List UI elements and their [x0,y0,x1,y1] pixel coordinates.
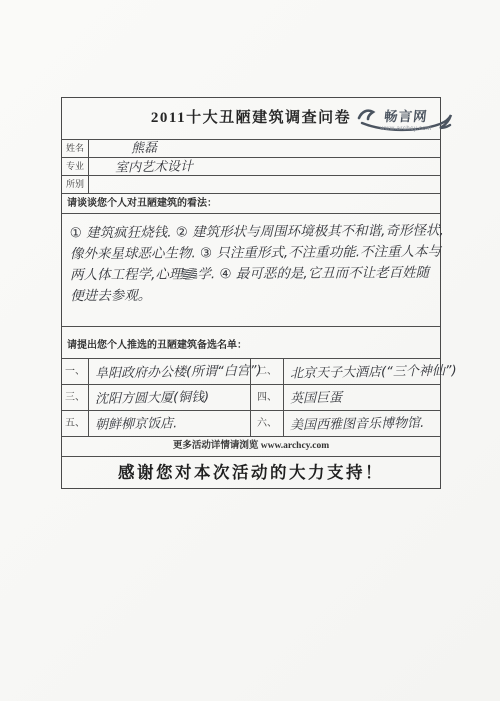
nomination-1-cell: 阜阳政府办公楼(所谓“白宫”) [89,359,251,384]
answer-line-2: 像外来星球恶心生物. ③ 只注重形式,不注重功能.不注重人本与 [70,242,436,266]
nomination-3-number: 三、 [62,385,89,410]
opinion-prompt: 请谈谈您个人对丑陋建筑的看法： [62,193,440,213]
nomination-2-text: 北京天子大酒店(“三个神仙”) [290,360,457,382]
nomination-6-cell: 美国西雅图音乐博物馆. [284,411,440,436]
answer-line-3: 两人体工程学,心理学. ④ 最可恶的是,它丑而不让老百姓随 [70,263,436,287]
title-row: 2011十大丑陋建筑调查问卷 畅言网 www.archcy.com [62,98,440,139]
nomination-5-cell: 朝鲜柳京饭店. [89,411,251,436]
answer-line-3-pre: 两人体工程学,心理 [70,266,182,283]
crossed-out-character [182,268,198,280]
nomination-row-2: 三、 沈阳方圆大厦(铜钱) 四、 英国巨蛋 [62,384,440,410]
logo-url: www.archcy.com [370,126,442,132]
nomination-4-cell: 英国巨蛋 [284,385,440,410]
nomination-5-number: 五、 [62,411,89,436]
name-label: 姓名 [62,140,89,157]
answer-line-3-post: 学. ④ 最可恶的是,它丑而不让老百姓随 [197,265,429,283]
nomination-4-text: 英国巨蛋 [290,387,342,407]
nomination-4-number: 四、 [251,385,284,410]
footer-note: 更多活动详情请浏览 www.archcy.com [62,436,440,456]
nomination-1-text: 阜阳政府办公楼(所谓“白宫”) [95,360,262,382]
nomination-2-cell: 北京天子大酒店(“三个神仙”) [284,359,440,384]
field-row-major: 专业 室内艺术设计 [62,157,440,175]
major-label: 专业 [62,158,89,175]
nomination-5-text: 朝鲜柳京饭店. [95,412,177,432]
logo-text: 畅言网 [375,105,437,125]
scanned-questionnaire-page: 2011十大丑陋建筑调查问卷 畅言网 www.archcy.com 姓名 熊磊 … [0,0,500,701]
nomination-row-1: 一、 阜阳政府办公楼(所谓“白宫”) 二、 北京天子大酒店(“三个神仙”) [62,358,440,384]
questionnaire-form: 2011十大丑陋建筑调查问卷 畅言网 www.archcy.com 姓名 熊磊 … [61,97,441,489]
department-label: 所别 [62,176,89,193]
opinion-handwritten-answer: ① 建筑疯狂烧钱. ② 建筑形状与周围环境极其不和谐,奇形怪状, 像外来星球恶心… [70,221,437,308]
opinion-answer-area: ① 建筑疯狂烧钱. ② 建筑形状与周围环境极其不和谐,奇形怪状, 像外来星球恶心… [62,213,440,326]
name-field: 熊磊 [89,140,440,157]
nomination-row-3: 五、 朝鲜柳京饭店. 六、 美国西雅图音乐博物馆. [62,410,440,436]
name-handwritten-value: 熊磊 [131,137,158,157]
field-row-name: 姓名 熊磊 [62,139,440,157]
thanks-banner: 感谢您对本次活动的大力支持！ [62,456,440,488]
nomination-6-text: 美国西雅图音乐博物馆. [290,412,424,433]
answer-line-1: ① 建筑疯狂烧钱. ② 建筑形状与周围环境极其不和谐,奇形怪状, [70,221,436,245]
major-field: 室内艺术设计 [89,158,440,175]
department-field [89,176,440,193]
answer-line-4: 便进去参观。 [70,284,436,308]
changyan-logo: 畅言网 www.archcy.com [356,102,454,138]
field-row-department: 所别 [62,175,440,193]
major-handwritten-value: 室内艺术设计 [115,155,193,175]
nominations-prompt: 请提出您个人推选的丑陋建筑备选名单： [62,326,440,358]
nomination-1-number: 一、 [62,359,89,384]
nomination-3-text: 沈阳方圆大厦(铜钱) [95,386,209,407]
nomination-3-cell: 沈阳方圆大厦(铜钱) [89,385,251,410]
nomination-6-number: 六、 [251,411,284,436]
